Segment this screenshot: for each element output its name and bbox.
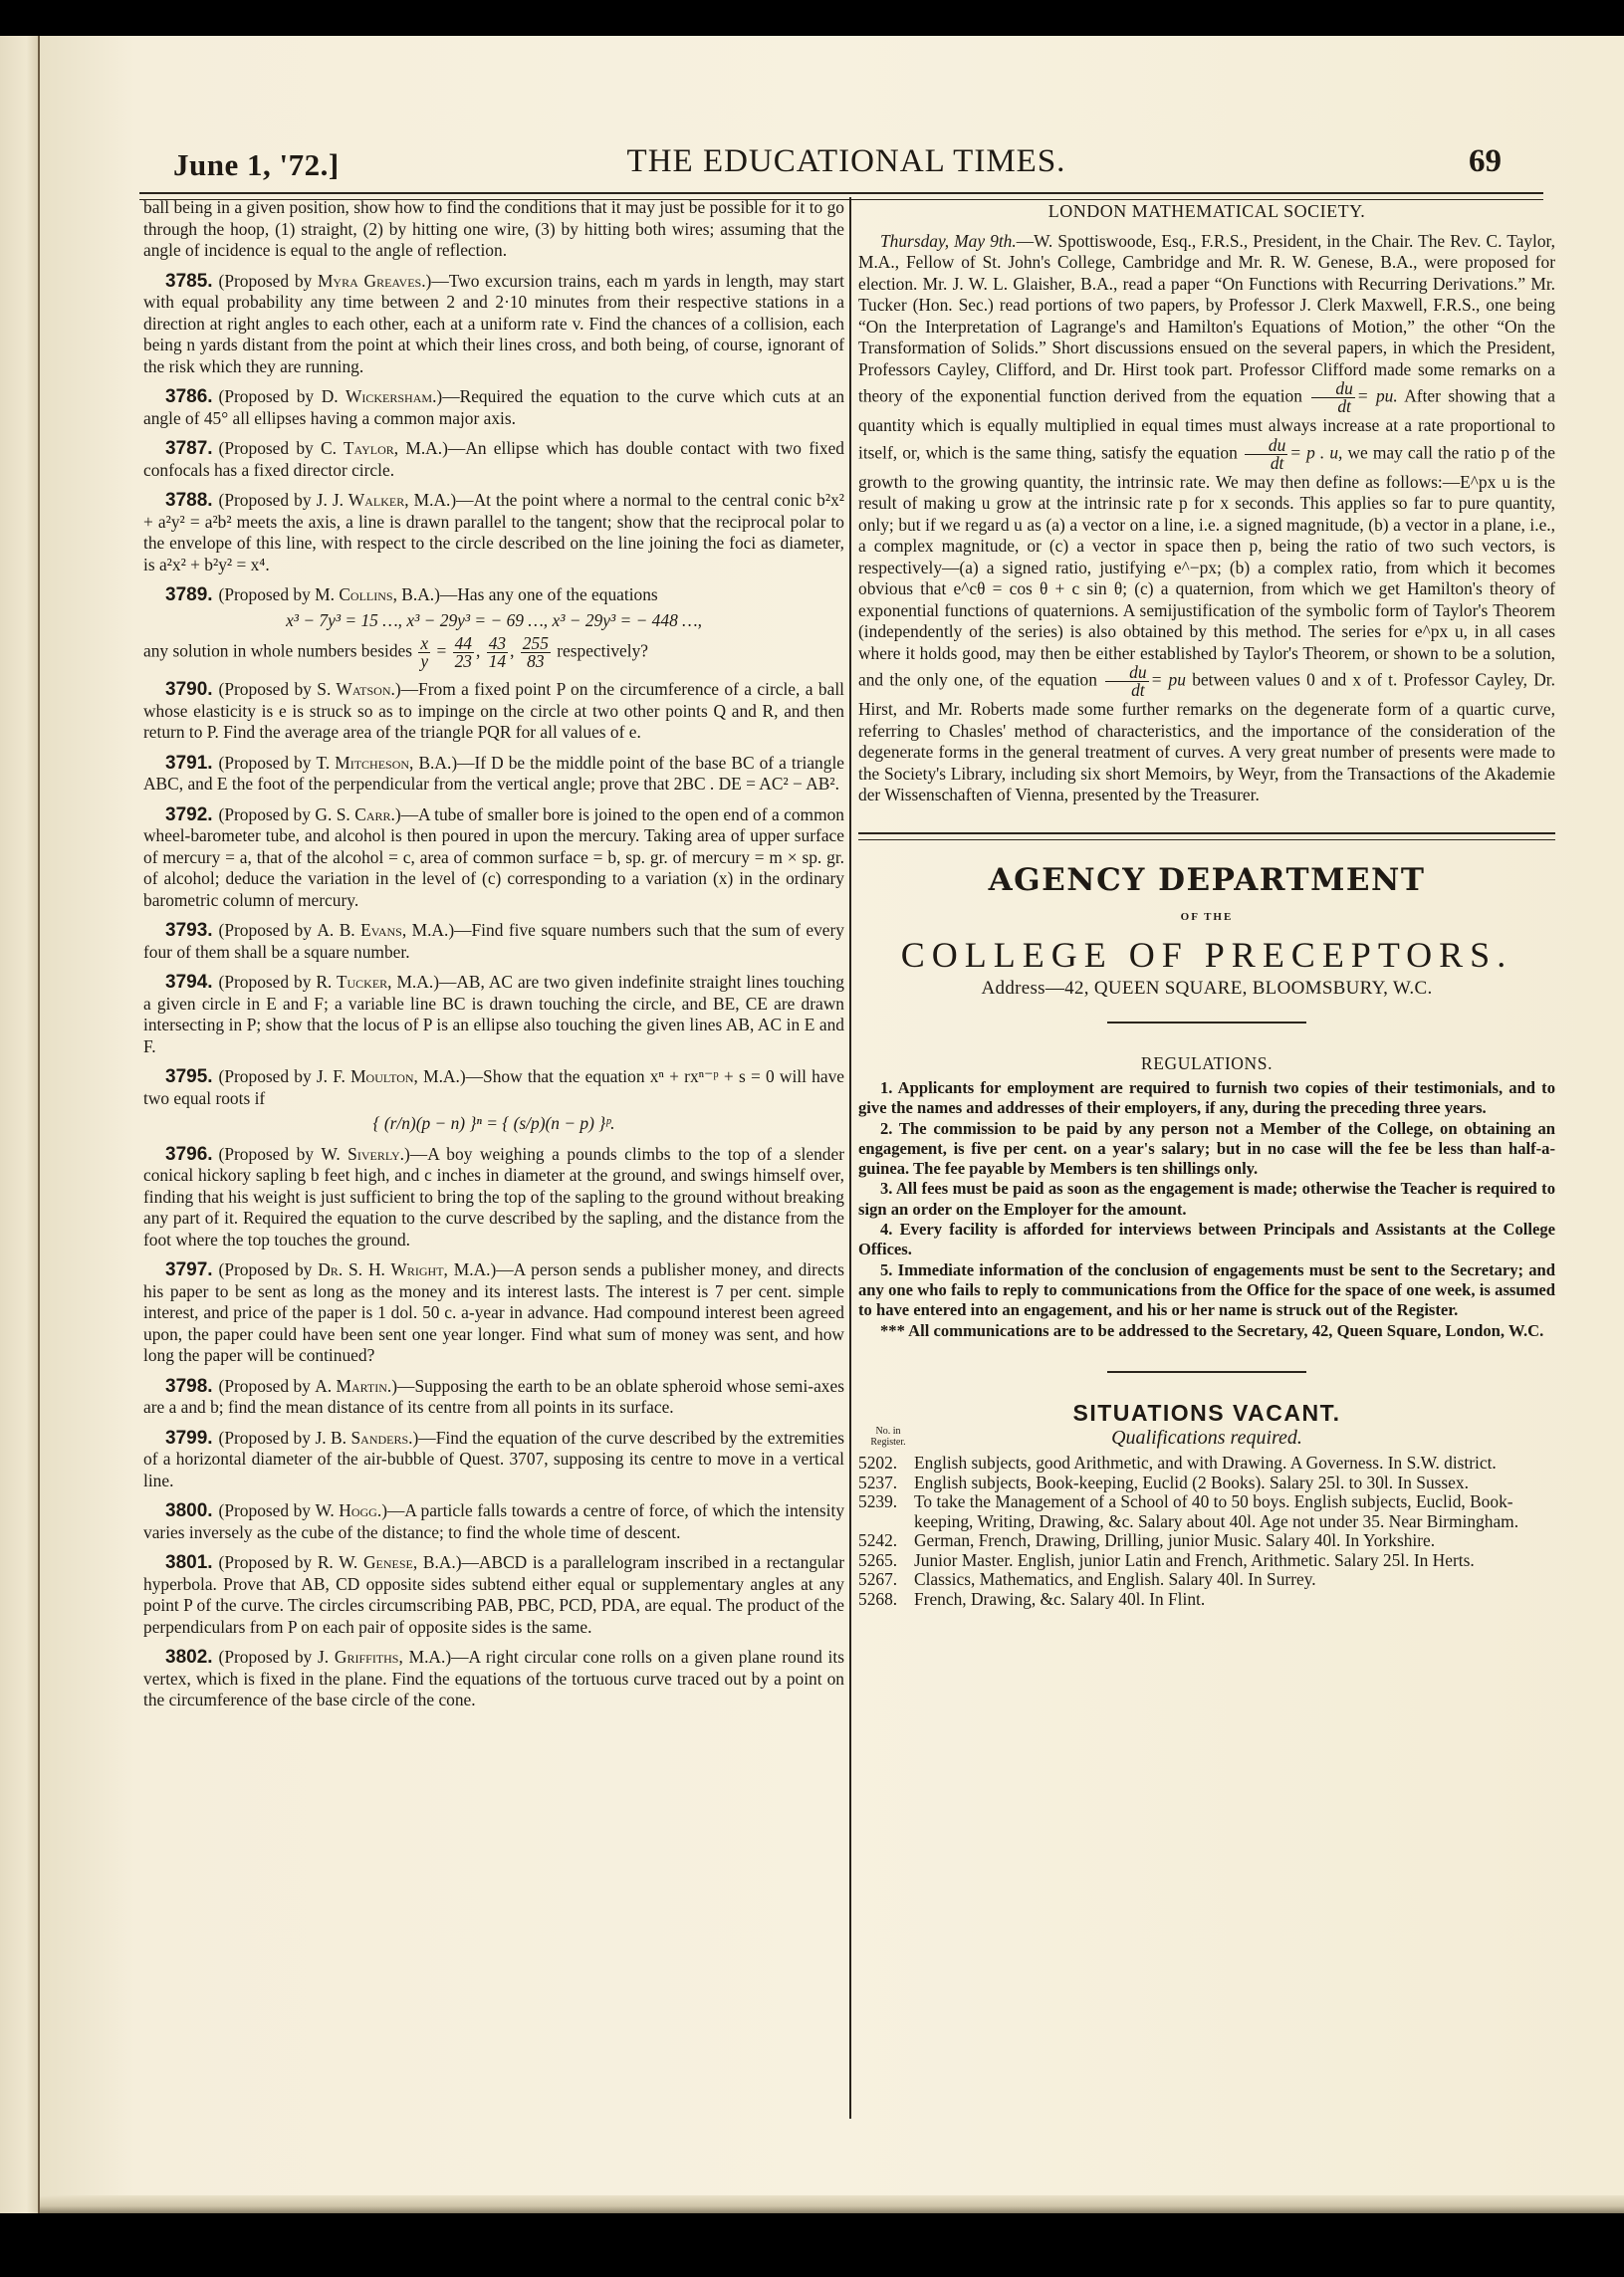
question-text: —An ellipse which has double contact wit… [143, 438, 844, 480]
page-header: June 1, '72.] THE EDUCATIONAL TIMES. 69 [139, 135, 1553, 195]
fraction: 4314 [487, 635, 508, 670]
previous-page-edge [0, 36, 40, 2213]
register-number: 5267. [858, 1570, 914, 1590]
question-item: 3786.(Proposed by D. Wickersham.)—Requir… [143, 386, 844, 429]
register-number: 5265. [858, 1551, 914, 1571]
question-item: 3801.(Proposed by R. W. Genese, B.A.)—AB… [143, 1552, 844, 1638]
proposer-name: T. Mitcheson, B.A [317, 753, 447, 773]
question-number: 3799. [165, 1428, 213, 1449]
question-number: 3790. [165, 679, 213, 700]
short-rule [1107, 1022, 1306, 1024]
section-title-lms: LONDON MATHEMATICAL SOCIETY. [858, 201, 1555, 223]
page-number: 69 [1469, 143, 1502, 180]
situation-row: 5202.English subjects, good Arithmetic, … [858, 1454, 1555, 1474]
proposer-name: W. Hogg [316, 1500, 377, 1520]
question-item: 3790.(Proposed by S. Watson.)—From a fix… [143, 679, 844, 744]
regulations-list: 1. Applicants for employment are require… [858, 1078, 1555, 1341]
question-item: 3797.(Proposed by Dr. S. H. Wright, M.A.… [143, 1259, 844, 1367]
proposer-name: J. Griffiths, M.A [318, 1647, 441, 1667]
situations-header: No. in Register. Qualifications required… [858, 1428, 1555, 1454]
college-address: Address—42, QUEEN SQUARE, BLOOMSBURY, W.… [858, 978, 1555, 1000]
question-item: 3800.(Proposed by W. Hogg.)—A particle f… [143, 1500, 844, 1543]
question-number: 3798. [165, 1376, 213, 1397]
column-divider [849, 197, 851, 2119]
question-number: 3802. [165, 1647, 213, 1668]
question-number: 3801. [165, 1552, 213, 1573]
question-item: 3789.(Proposed by M. Collins, B.A.)—Has … [143, 584, 844, 606]
question-text: —Required the equation to the curve whic… [143, 386, 844, 428]
question-number: 3786. [165, 386, 213, 407]
question-text: —If D be the middle point of the base BC… [143, 753, 844, 795]
question-item: 3795.(Proposed by J. F. Moulton, M.A.)—S… [143, 1066, 844, 1109]
situation-description: Junior Master. English, junior Latin and… [914, 1551, 1555, 1571]
question-item: 3793.(Proposed by A. B. Evans, M.A.)—Fin… [143, 920, 844, 963]
question-text: —Show that the equation xⁿ + rxⁿ⁻ᵖ + s =… [143, 1066, 844, 1108]
scanned-page: June 1, '72.] THE EDUCATIONAL TIMES. 69 … [0, 36, 1624, 2213]
situation-description: English subjects, Book-keeping, Euclid (… [914, 1474, 1555, 1493]
situation-row: 5268.French, Drawing, &c. Salary 40l. In… [858, 1590, 1555, 1610]
question-item: 3798.(Proposed by A. Martin.)—Supposing … [143, 1376, 844, 1419]
agency-subheading: OF THE [858, 907, 1555, 929]
situation-description: English subjects, good Arithmetic, and w… [914, 1454, 1555, 1474]
proposer-name: J. B. Sanders [315, 1428, 408, 1448]
question-number: 3785. [165, 271, 213, 292]
question-item: 3785.(Proposed by Myra Greaves.)—Two exc… [143, 271, 844, 378]
situation-description: French, Drawing, &c. Salary 40l. In Flin… [914, 1590, 1555, 1610]
proposer-name: A. Martin [315, 1376, 387, 1396]
question-number: 3796. [165, 1144, 213, 1165]
question-item: 3796.(Proposed by W. Siverly.)—A boy wei… [143, 1144, 844, 1252]
situations-list: 5202.English subjects, good Arithmetic, … [858, 1454, 1555, 1609]
proposer-name: Dr. S. H. Wright, M.A [318, 1259, 486, 1279]
qualifications-column-label: Qualifications required. [858, 1428, 1555, 1450]
proposer-name: C. Taylor, M.A [321, 438, 438, 458]
question-item: 3794.(Proposed by R. Tucker, M.A.)—AB, A… [143, 972, 844, 1057]
question-item: 3788.(Proposed by J. J. Walker, M.A.)—At… [143, 490, 844, 575]
short-rule [1107, 1371, 1306, 1373]
meeting-date: Thursday, May 9th. [880, 231, 1017, 251]
question-text: —Has any one of the equations [440, 584, 658, 604]
regulation-item: 5. Immediate information of the conclusi… [858, 1260, 1555, 1321]
question-number: 3794. [165, 972, 213, 993]
continued-text: ball being in a given position, show how… [143, 197, 844, 262]
question-text: —Two excursion trains, each m yards in l… [143, 271, 844, 376]
question-number: 3800. [165, 1500, 213, 1521]
proposer-name: R. W. Genese, B.A [318, 1552, 452, 1572]
equation: x³ − 7y³ = 15 …, x³ − 29y³ = − 69 …, x³ … [143, 610, 844, 632]
question-text: —A particle falls towards a centre of fo… [143, 1500, 844, 1542]
fraction: xy [418, 635, 430, 670]
register-number: 5268. [858, 1590, 914, 1610]
question-number: 3787. [165, 438, 213, 459]
question-item: 3787.(Proposed by C. Taylor, M.A.)—An el… [143, 438, 844, 481]
proposer-name: D. Wickersham [322, 386, 432, 406]
right-column: LONDON MATHEMATICAL SOCIETY. Thursday, M… [858, 197, 1555, 1609]
situation-description: Classics, Mathematics, and English. Sala… [914, 1570, 1555, 1590]
section-rule [858, 832, 1555, 840]
question-item: 3802.(Proposed by J. Griffiths, M.A.)—A … [143, 1647, 844, 1711]
proposer-name: M. Collins, B.A [315, 584, 430, 604]
question-number: 3792. [165, 804, 213, 825]
question-text: —ABCD is a parallelogram inscribed in a … [143, 1552, 844, 1637]
question-text: —A person sends a publisher money, and d… [143, 1259, 844, 1365]
equation-fraction: dudt [1311, 380, 1354, 415]
question-number: 3791. [165, 753, 213, 774]
fraction: 25583 [521, 635, 551, 670]
question-number: 3788. [165, 490, 213, 511]
question-item: 3791.(Proposed by T. Mitcheson, B.A.)—If… [143, 753, 844, 796]
situations-title: SITUATIONS VACANT. [858, 1403, 1555, 1425]
equation-fraction: dudt [1105, 664, 1148, 699]
publication-title: THE EDUCATIONAL TIMES. [139, 143, 1553, 180]
situation-description: To take the Management of a School of 40… [914, 1492, 1555, 1531]
proposer-name: J. F. Moulton, M.A [317, 1066, 456, 1086]
proposer-name: A. B. Evans, M.A [317, 920, 444, 940]
situation-row: 5237.English subjects, Book-keeping, Euc… [858, 1474, 1555, 1493]
question-text: —A boy weighing a pounds climbs to the t… [143, 1144, 844, 1250]
question-text: —AB, AC are two given indefinite straigh… [143, 972, 844, 1056]
regulations-title: REGULATIONS. [858, 1053, 1555, 1075]
question-text: —A tube of smaller bore is joined to the… [143, 804, 844, 910]
question-number: 3795. [165, 1066, 213, 1087]
equation: { (r/n)(p − n) }ⁿ = { (s/p)(n − p) }ᵖ. [143, 1113, 844, 1135]
question-item: 3792.(Proposed by G. S. Carr.)—A tube of… [143, 804, 844, 912]
question-text: —Supposing the earth to be an oblate sph… [143, 1376, 844, 1418]
regulation-item: 3. All fees must be paid as soon as the … [858, 1179, 1555, 1220]
situation-row: 5267.Classics, Mathematics, and English.… [858, 1570, 1555, 1590]
question-number: 3793. [165, 920, 213, 941]
question-text: —From a fixed point P on the circumferen… [143, 679, 844, 742]
regulation-note: *** All communications are to be address… [858, 1321, 1555, 1341]
agency-heading: AGENCY DEPARTMENT [858, 870, 1555, 892]
question-text: —A right circular cone rolls on a given … [143, 1647, 844, 1709]
proposer-name: S. Watson [317, 679, 390, 699]
equation-fraction: dudt [1245, 437, 1287, 472]
question-number: 3797. [165, 1259, 213, 1280]
page-bottom-edge [40, 2195, 1624, 2213]
situation-row: 5265.Junior Master. English, junior Lati… [858, 1551, 1555, 1571]
regulation-item: 4. Every facility is afforded for interv… [858, 1220, 1555, 1260]
proposer-name: J. J. Walker, M.A [317, 490, 446, 510]
proposer-name: Myra Greaves [318, 271, 421, 291]
register-number: 5242. [858, 1531, 914, 1551]
situation-row: 5239.To take the Management of a School … [858, 1492, 1555, 1531]
register-number: 5237. [858, 1474, 914, 1493]
question-number: 3789. [165, 584, 213, 605]
fraction: 4423 [453, 635, 474, 670]
proposer-name: G. S. Carr [315, 804, 390, 824]
question-item: 3799.(Proposed by J. B. Sanders.)—Find t… [143, 1428, 844, 1492]
college-heading: COLLEGE OF PRECEPTORS. [858, 945, 1555, 967]
regulation-item: 1. Applicants for employment are require… [858, 1078, 1555, 1119]
question-continuation: any solution in whole numbers besides xy… [143, 635, 844, 670]
situation-description: German, French, Drawing, Drilling, junio… [914, 1531, 1555, 1551]
proposer-name: W. Siverly [322, 1144, 400, 1164]
left-column: ball being in a given position, show how… [143, 197, 844, 1711]
lms-report: Thursday, May 9th.—W. Spottiswoode, Esq.… [858, 231, 1555, 806]
proposer-name: R. Tucker, M.A [316, 972, 429, 992]
regulation-item: 2. The commission to be paid by any pers… [858, 1119, 1555, 1180]
register-number: 5239. [858, 1492, 914, 1531]
situation-row: 5242.German, French, Drawing, Drilling, … [858, 1531, 1555, 1551]
question-text: —Find five square numbers such that the … [143, 920, 844, 962]
register-number: 5202. [858, 1454, 914, 1474]
question-list: 3785.(Proposed by Myra Greaves.)—Two exc… [143, 271, 844, 1711]
question-text: —At the point where a normal to the cent… [143, 490, 844, 574]
question-text: —Find the equation of the curve describe… [143, 1428, 844, 1490]
